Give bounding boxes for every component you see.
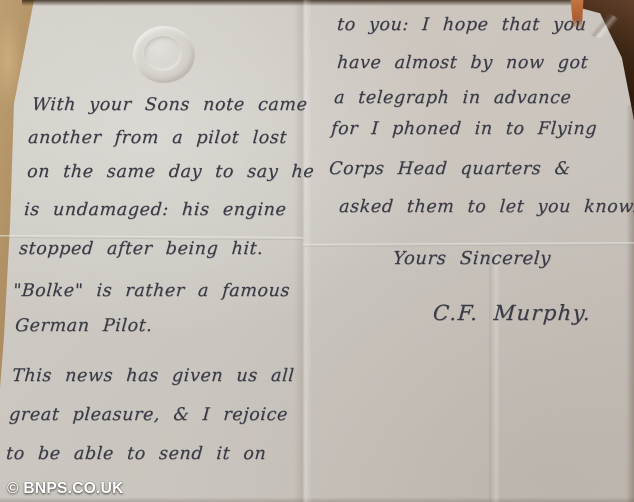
letter-line: a telegraph in advance: [333, 90, 572, 108]
letter-line: Corps Head quarters &: [328, 161, 571, 179]
letter-line: for I phoned in to Flying: [330, 121, 597, 139]
letter-line: asked them to let you know.: [338, 199, 634, 217]
paper-edge-shadow-right: [626, 105, 634, 502]
letter-line: is undamaged: his engine: [23, 202, 287, 220]
letter-line: This news has given us all: [11, 368, 295, 386]
letter-line: on the same day to say he: [26, 164, 314, 182]
letter-line: to you: I hope that you: [336, 17, 587, 35]
letter-line: another from a pilot lost: [27, 130, 287, 148]
letter-photo: With your Sons note came another from a …: [0, 0, 634, 502]
letter-line: stopped after being hit.: [18, 241, 264, 259]
embossed-seal-icon: [133, 26, 195, 83]
letter-line: have almost by now got: [336, 55, 588, 73]
letter-line: With your Sons note came: [31, 97, 308, 115]
letter-line: great pleasure, & I rejoice: [8, 407, 288, 425]
center-fold-crease: [294, 0, 312, 502]
paper-bent-corner: [586, 12, 620, 38]
bnps-watermark: © BNPS.CO.UK: [7, 480, 124, 498]
vertical-crease-right-page: [489, 252, 500, 502]
letter-line: to be able to send it on: [5, 446, 267, 464]
letter-signature: C.F. Murphy.: [432, 303, 592, 324]
horizontal-fold-crease-right: [303, 242, 634, 247]
letter-line: German Pilot.: [14, 318, 153, 336]
letter-line: "Bolke" is rather a famous: [12, 283, 290, 301]
letter-closing: Yours Sincerely: [392, 250, 551, 268]
